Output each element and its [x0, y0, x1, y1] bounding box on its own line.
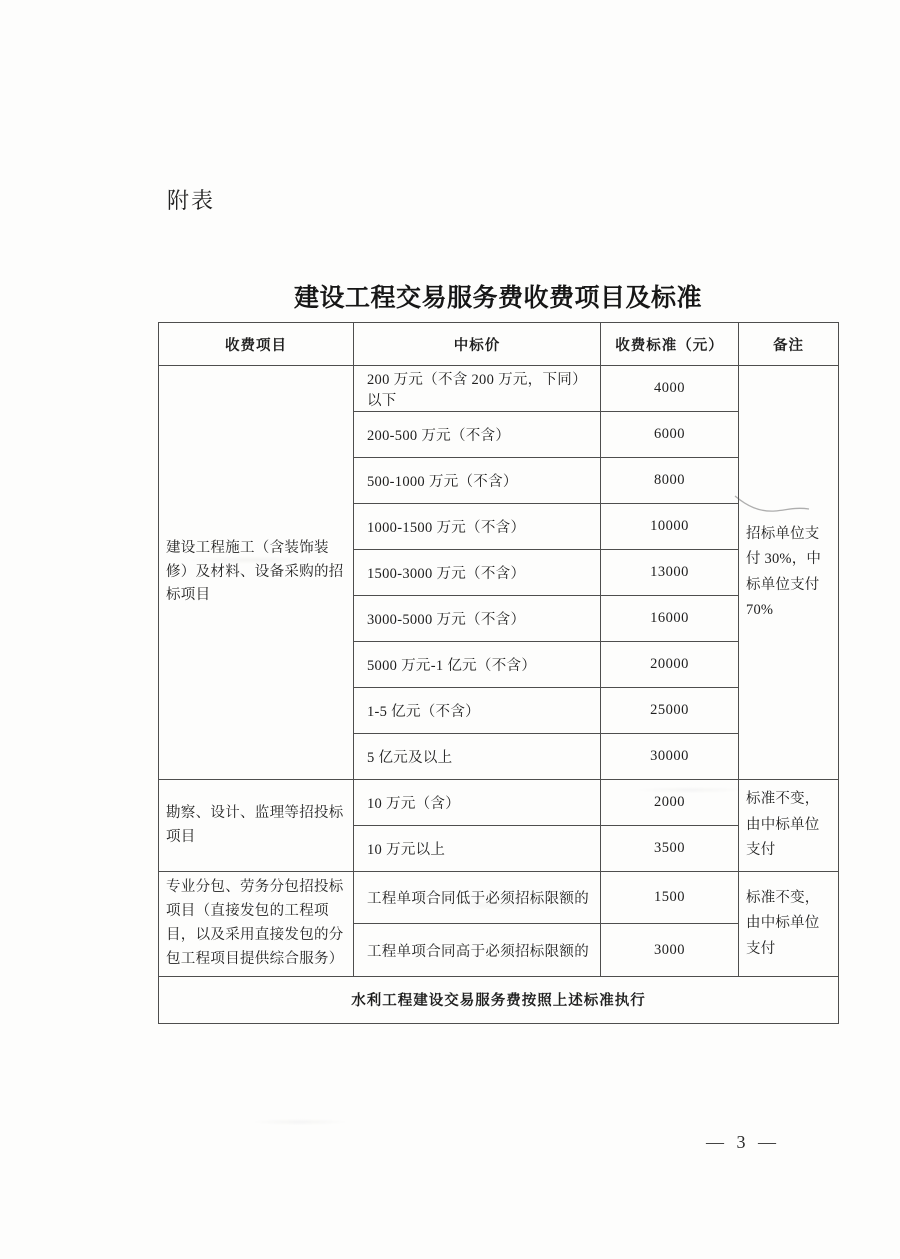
header-fee-item: 收费项目: [159, 323, 354, 366]
fee-item-construction: 建设工程施工（含装饰装修）及材料、设备采购的招标项目: [159, 366, 354, 780]
price-tier: 1000-1500 万元（不含）: [354, 504, 601, 550]
fee-value: 13000: [601, 550, 739, 596]
price-tier: 1500-3000 万元（不含）: [354, 550, 601, 596]
price-tier: 工程单项合同高于必须招标限额的: [354, 924, 601, 976]
fee-value: 3500: [601, 826, 739, 872]
fee-standards-table: 收费项目 中标价 收费标准（元） 备注 建设工程施工（含装饰装修）及材料、设备采…: [158, 322, 839, 1024]
price-tier: 5000 万元-1 亿元（不含）: [354, 642, 601, 688]
table-row: 专业分包、劳务分包招投标项目（直接发包的工程项目，以及采用直接发包的分包工程项目…: [159, 872, 839, 924]
price-tier: 工程单项合同低于必须招标限额的: [354, 872, 601, 924]
fee-value: 30000: [601, 734, 739, 780]
price-tier: 1-5 亿元（不含）: [354, 688, 601, 734]
table-row: 建设工程施工（含装饰装修）及材料、设备采购的招标项目 200 万元（不含 200…: [159, 366, 839, 412]
fee-value: 3000: [601, 924, 739, 976]
table-footer-row: 水利工程建设交易服务费按照上述标准执行: [159, 976, 839, 1023]
price-tier: 3000-5000 万元（不含）: [354, 596, 601, 642]
header-remarks: 备注: [739, 323, 839, 366]
price-tier: 10 万元以上: [354, 826, 601, 872]
header-winning-bid-price: 中标价: [354, 323, 601, 366]
remark-survey-design: 标准不变，由中标单位支付: [739, 780, 839, 872]
document-title: 建设工程交易服务费收费项目及标准: [158, 278, 838, 314]
fee-value: 16000: [601, 596, 739, 642]
price-tier: 200-500 万元（不含）: [354, 412, 601, 458]
fee-value: 8000: [601, 458, 739, 504]
scanned-document-page: 附表 建设工程交易服务费收费项目及标准 收费项目 中标价 收费标准（元） 备注: [0, 0, 900, 1259]
header-fee-standard: 收费标准（元）: [601, 323, 739, 366]
appendix-label: 附表: [167, 184, 215, 215]
water-projects-note: 水利工程建设交易服务费按照上述标准执行: [159, 976, 839, 1023]
fee-value: 1500: [601, 872, 739, 924]
fee-value: 2000: [601, 780, 739, 826]
fee-value: 25000: [601, 688, 739, 734]
fee-item-survey-design: 勘察、设计、监理等招投标项目: [159, 780, 354, 872]
table-row: 勘察、设计、监理等招投标项目 10 万元（含） 2000 标准不变，由中标单位支…: [159, 780, 839, 826]
fee-value: 4000: [601, 366, 739, 412]
remark-construction: 招标单位支付 30%，中标单位支付 70%: [739, 366, 839, 780]
fee-item-subcontracting: 专业分包、劳务分包招投标项目（直接发包的工程项目，以及采用直接发包的分包工程项目…: [159, 872, 354, 977]
price-tier: 500-1000 万元（不含）: [354, 458, 601, 504]
table-header-row: 收费项目 中标价 收费标准（元） 备注: [159, 323, 839, 366]
price-tier: 10 万元（含）: [354, 780, 601, 826]
fee-value: 20000: [601, 642, 739, 688]
fee-value: 10000: [601, 504, 739, 550]
page-number: — 3 —: [706, 1132, 780, 1153]
fee-value: 6000: [601, 412, 739, 458]
fee-table-container: 收费项目 中标价 收费标准（元） 备注 建设工程施工（含装饰装修）及材料、设备采…: [158, 322, 839, 1024]
remark-subcontracting: 标准不变，由中标单位支付: [739, 872, 839, 977]
price-tier: 200 万元（不含 200 万元，下同）以下: [354, 366, 601, 412]
price-tier: 5 亿元及以上: [354, 734, 601, 780]
